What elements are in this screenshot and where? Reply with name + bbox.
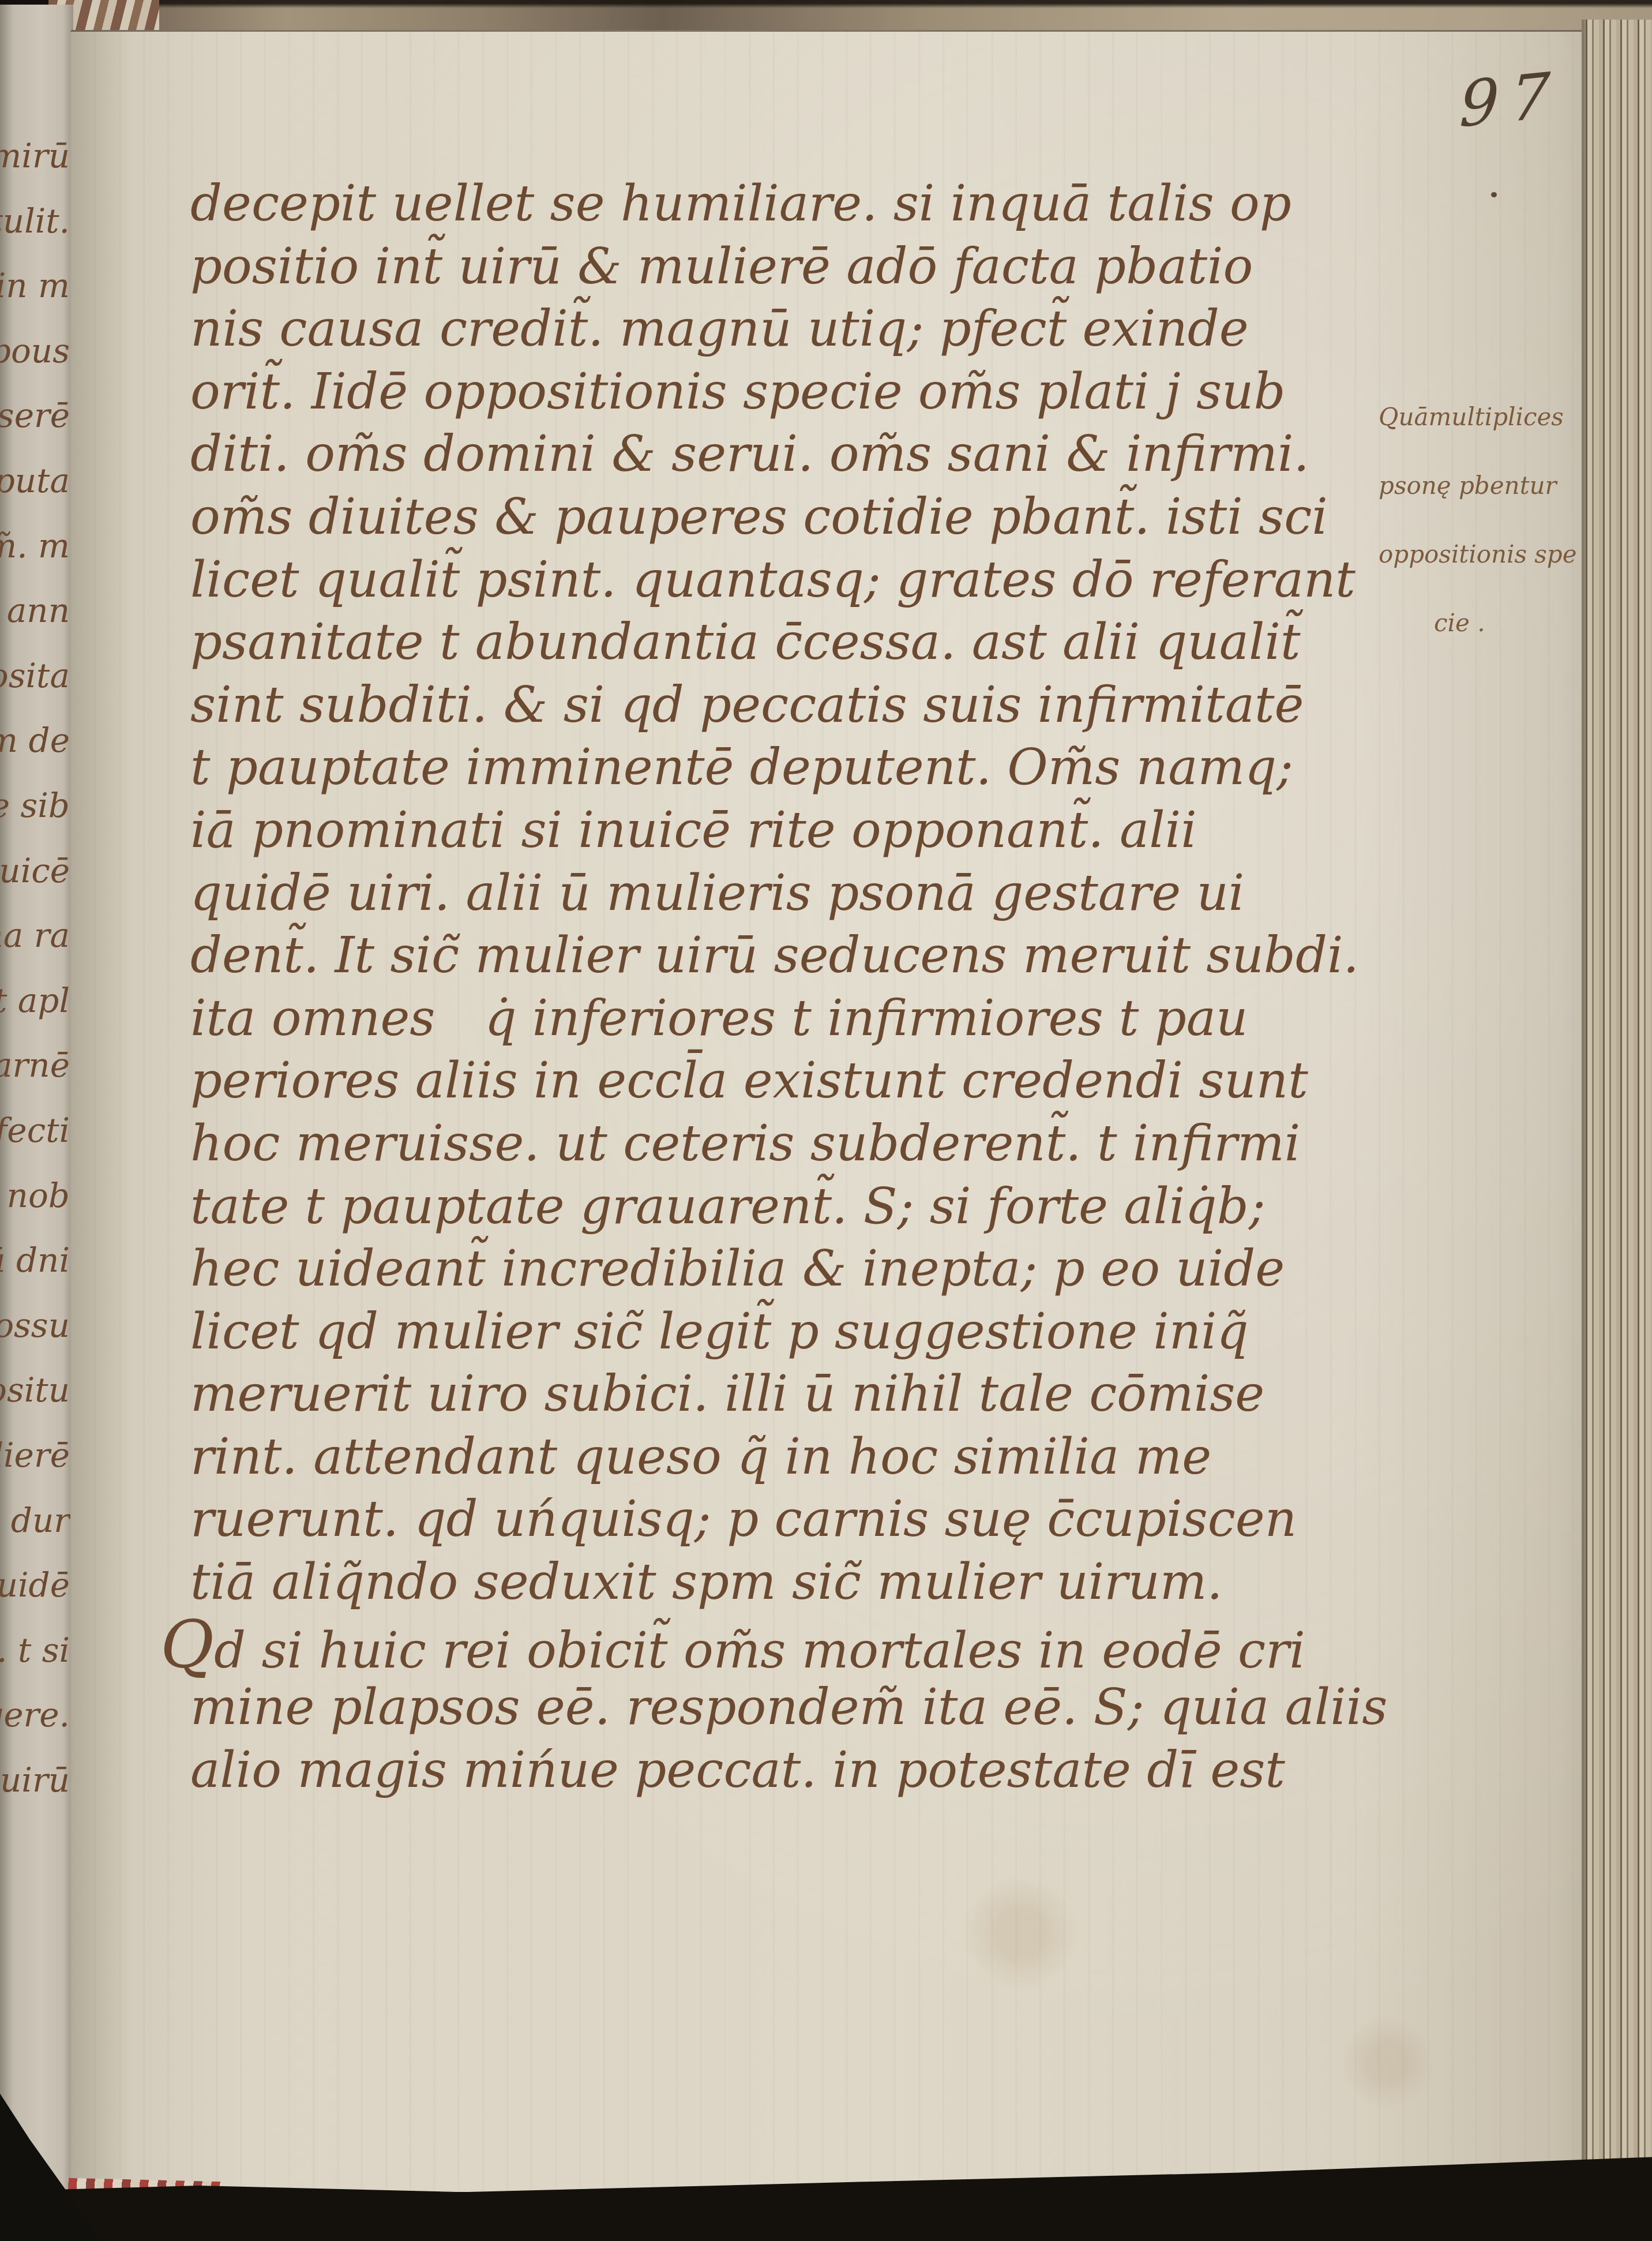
- gutter-text-fragment: ait apl: [0, 981, 70, 1020]
- gutter-text-fragment: lierē: [0, 1436, 70, 1475]
- text-line: licet qualit̃ psint. quantasq; grates dō…: [190, 549, 1390, 612]
- text-line: psanitate t abundantia c̄cessa. ast alii…: [190, 611, 1390, 674]
- text-line: positio int̃ uirū & mulierē adō facta pb…: [190, 235, 1390, 298]
- text-line: sint subditi. & si qd peccatis suis infi…: [190, 674, 1390, 737]
- text-line: orit̃. Iidē oppositionis specie om̃s pla…: [190, 361, 1390, 424]
- text-line: om̃s diuites & pauperes cotidie pbant̃. …: [190, 486, 1390, 549]
- text-line: decepit uellet se humiliare. si inquā ta…: [190, 173, 1390, 235]
- text-line: periores aliis in eccl̄a existunt creden…: [190, 1050, 1390, 1112]
- text-line: hoc meruisse. ut ceteris subderent̃. t i…: [190, 1112, 1390, 1175]
- gutter-text-fragment: positu: [0, 1370, 70, 1410]
- previous-page-gutter: nimirūptulit.oit in ms; pousmiserēdisput…: [0, 5, 73, 2193]
- folio-number: 97: [1458, 58, 1563, 142]
- gutter-text-fragment: lima ra: [0, 916, 70, 955]
- gutter-text-fragment: possu: [0, 1306, 70, 1345]
- book-top-edge: [151, 0, 1652, 33]
- gutter-text-fragment: iū dni: [0, 1241, 70, 1280]
- gutter-text-fragment: miserē: [0, 396, 70, 435]
- manuscript-photo: nimirūptulit.oit in ms; pousmiserēdisput…: [0, 0, 1652, 2241]
- gutter-text-fragment: disputa: [0, 461, 70, 500]
- text-line: quidē uiri. alii ū mulieris psonā gestar…: [190, 862, 1390, 925]
- text-line: ruerunt. qd uńquisq; p carnis suę c̄cupi…: [190, 1488, 1390, 1551]
- fore-edge-page-stack: [1582, 20, 1652, 2194]
- text-line: tiā aliq̃ndo seduxit spm sic̃ mulier uir…: [190, 1551, 1390, 1614]
- text-line: t pauptate imminentē deputent. Om̃s namq…: [190, 736, 1390, 799]
- text-line: iā pnominati si inuicē rite opponant̃. a…: [190, 799, 1390, 862]
- text-line: ita omnes q̇ inferiores t infirmiores t …: [190, 987, 1390, 1050]
- gutter-text-fragment: ā eē dur: [0, 1501, 70, 1540]
- text-line: nis causa credit̃. magnū utiq; pfect̃ ex…: [190, 298, 1390, 361]
- text-line: dent̃. It sic̃ mulier uirū seducens meru…: [190, 924, 1390, 987]
- text-line: meruerit uiro subici. illi ū nihil tale …: [190, 1363, 1390, 1426]
- gutter-text-fragment: ss; carnē: [0, 1045, 70, 1085]
- gutter-text-fragment: ellet. t si: [0, 1631, 70, 1670]
- gutter-text-fragment: pposita: [0, 656, 70, 695]
- main-text-block: decepit uellet se humiliare. si inquā ta…: [190, 173, 1390, 1801]
- gutter-text-fragments: nimirūptulit.oit in ms; pousmiserēdisput…: [0, 5, 73, 2193]
- ink-dot: [1491, 192, 1497, 197]
- gutter-text-fragment: irū quidē: [0, 1565, 70, 1605]
- gutter-text-fragment: i inuicē: [0, 851, 70, 890]
- gutter-text-fragment: ex nob: [0, 1176, 70, 1215]
- gutter-text-fragment: oit in m: [0, 266, 70, 305]
- gutter-text-fragment: ua uirū: [0, 1760, 70, 1800]
- text-line: mine plapsos eē. respondem̃ ita eē. S; q…: [190, 1676, 1390, 1739]
- gutter-text-fragment: agere.: [0, 1695, 70, 1734]
- gutter-text-fragment: tq; ann: [0, 591, 70, 630]
- text-line: Qd si huic rei obicit̃ om̃s mortales in …: [160, 1614, 1390, 1677]
- gutter-text-fragment: ptulit.: [0, 201, 70, 241]
- gutter-text-fragment: s; pous: [0, 331, 70, 370]
- gutter-text-fragment: nimirū: [0, 136, 70, 175]
- gutter-text-fragment: ad pfecti: [0, 1111, 70, 1150]
- text-line: diti. om̃s domini & serui. om̃s sani & i…: [190, 423, 1390, 486]
- gutter-text-fragment: pbem̃. m: [0, 526, 70, 565]
- gutter-text-fragment: unde sib: [0, 786, 70, 825]
- text-line: licet qd mulier sic̃ legit̃ p suggestion…: [190, 1301, 1390, 1363]
- text-line: rint. attendant queso q̃ in hoc similia …: [190, 1426, 1390, 1489]
- text-line: alio magis mińue peccat. in potestate dī…: [190, 1739, 1390, 1802]
- gutter-text-fragment: udem de: [0, 721, 70, 760]
- manuscript-page: 97 decepit uellet se humiliare. si inquā…: [70, 30, 1602, 2192]
- text-line: hec uideant̃ incredibilia & inepta; p eo…: [190, 1238, 1390, 1301]
- text-line: tate t pauptate grauarent̃. S; si forte …: [190, 1175, 1390, 1238]
